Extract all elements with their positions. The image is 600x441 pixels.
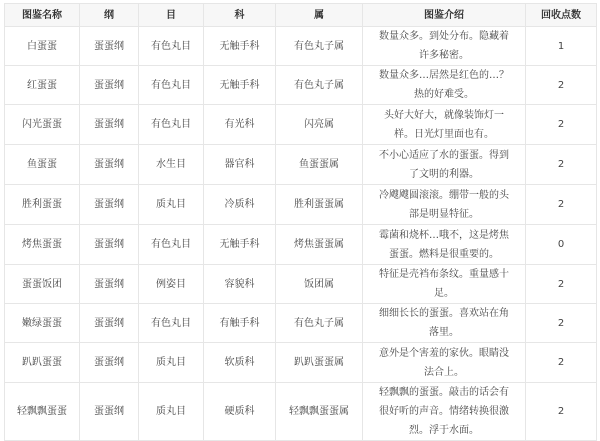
- cell-intro: 不小心适应了水的蛋蛋。得到了文明的利器。: [363, 145, 526, 185]
- cell-intro: 霉菌和烧杯…哦不，这是烤焦蛋蛋。燃料是很重要的。: [363, 225, 526, 265]
- cell-family: 有光科: [204, 105, 276, 145]
- table-header-row: 图鉴名称 纲 目 科 属 图鉴介绍 回收点数: [5, 4, 597, 27]
- cell-order: 水生目: [139, 145, 204, 185]
- cell-order: 有色丸目: [139, 105, 204, 145]
- cell-class: 蛋蛋纲: [80, 265, 139, 304]
- cell-name: 嫩绿蛋蛋: [5, 304, 80, 343]
- cell-class: 蛋蛋纲: [80, 105, 139, 145]
- cell-points: 0: [526, 225, 597, 265]
- header-name: 图鉴名称: [5, 4, 80, 27]
- table-row: 白蛋蛋 蛋蛋纲 有色丸目 无触手科 有色丸子属 数量众多。到处分布。隐藏着许多秘…: [5, 27, 597, 66]
- cell-genus: 烤焦蛋蛋属: [276, 225, 363, 265]
- cell-intro: 数量众多…居然是红色的…？热的好难受。: [363, 66, 526, 105]
- cell-intro: 头好大好大，就像装饰灯一样。日光灯里面也有。: [363, 105, 526, 145]
- cell-family: 器官科: [204, 145, 276, 185]
- cell-genus: 饭团属: [276, 265, 363, 304]
- cell-points: 2: [526, 304, 597, 343]
- cell-genus: 鱼蛋蛋属: [276, 145, 363, 185]
- table-row: 鱼蛋蛋 蛋蛋纲 水生目 器官科 鱼蛋蛋属 不小心适应了水的蛋蛋。得到了文明的利器…: [5, 145, 597, 185]
- cell-points: 2: [526, 66, 597, 105]
- cell-genus: 闪亮属: [276, 105, 363, 145]
- table-row: 烤焦蛋蛋 蛋蛋纲 有色丸目 无触手科 烤焦蛋蛋属 霉菌和烧杯…哦不，这是烤焦蛋蛋…: [5, 225, 597, 265]
- cell-family: 硬质科: [204, 383, 276, 409]
- cell-points: 2: [526, 265, 597, 304]
- cell-name: 胜利蛋蛋: [5, 185, 80, 225]
- cell-order: 有色丸目: [139, 27, 204, 66]
- cell-genus: 胜利蛋蛋属: [276, 185, 363, 225]
- cell-intro: 特征是壳裆布条纹。重量感十足。: [363, 265, 526, 304]
- cell-order: 质丸目: [139, 185, 204, 225]
- cell-genus: 有色丸子属: [276, 66, 363, 105]
- cell-name: 白蛋蛋: [5, 27, 80, 66]
- cell-name: 烤焦蛋蛋: [5, 225, 80, 265]
- cell-name: 轻飘飘蛋蛋: [5, 383, 80, 409]
- cell-points: 2: [526, 185, 597, 225]
- egg-catalog-table: 图鉴名称 纲 目 科 属 图鉴介绍 回收点数 白蛋蛋 蛋蛋纲 有色丸目 无触手科…: [4, 3, 597, 408]
- table-row: 胜利蛋蛋 蛋蛋纲 质丸目 冷质科 胜利蛋蛋属 冷飕飕圆滚滚。绷带一般的头部是明显…: [5, 185, 597, 225]
- cell-name: 红蛋蛋: [5, 66, 80, 105]
- cell-family: 无触手科: [204, 225, 276, 265]
- table-row: 红蛋蛋 蛋蛋纲 有色丸目 无触手科 有色丸子属 数量众多…居然是红色的…？热的好…: [5, 66, 597, 105]
- cell-family: 无触手科: [204, 27, 276, 66]
- cell-order: 有色丸目: [139, 66, 204, 105]
- cell-family: 容貌科: [204, 265, 276, 304]
- table-row: 趴趴蛋蛋 蛋蛋纲 质丸目 软质科 趴趴蛋蛋属 意外是个害羞的家伙。眼睛没法合上。…: [5, 343, 597, 383]
- table-container: 图鉴名称 纲 目 科 属 图鉴介绍 回收点数 白蛋蛋 蛋蛋纲 有色丸目 无触手科…: [4, 3, 597, 408]
- cell-intro: 细细长长的蛋蛋。喜欢站在角落里。: [363, 304, 526, 343]
- cell-family: 有触手科: [204, 304, 276, 343]
- header-points: 回收点数: [526, 4, 597, 27]
- cell-family: 软质科: [204, 343, 276, 383]
- cell-order: 有色丸目: [139, 225, 204, 265]
- header-family: 科: [204, 4, 276, 27]
- table-row: 闪光蛋蛋 蛋蛋纲 有色丸目 有光科 闪亮属 头好大好大，就像装饰灯一样。日光灯里…: [5, 105, 597, 145]
- cell-class: 蛋蛋纲: [80, 145, 139, 185]
- cell-class: 蛋蛋纲: [80, 225, 139, 265]
- cell-name: 鱼蛋蛋: [5, 145, 80, 185]
- cell-class: 蛋蛋纲: [80, 343, 139, 383]
- cell-family: 冷质科: [204, 185, 276, 225]
- cell-class: 蛋蛋纲: [80, 185, 139, 225]
- table-row: 蛋蛋饭团 蛋蛋纲 例姿目 容貌科 饭团属 特征是壳裆布条纹。重量感十足。 2: [5, 265, 597, 304]
- cell-points: 1: [526, 27, 597, 66]
- cell-genus: 有色丸子属: [276, 27, 363, 66]
- table-row: 轻飘飘蛋蛋 蛋蛋纲 质丸目 硬质科 轻飘飘蛋蛋属 轻飘飘的蛋蛋。敲击的话会有很好…: [5, 383, 597, 409]
- cell-name: 趴趴蛋蛋: [5, 343, 80, 383]
- cell-name: 蛋蛋饭团: [5, 265, 80, 304]
- table-row: 嫩绿蛋蛋 蛋蛋纲 有色丸目 有触手科 有色丸子属 细细长长的蛋蛋。喜欢站在角落里…: [5, 304, 597, 343]
- cell-family: 无触手科: [204, 66, 276, 105]
- cell-points: 2: [526, 105, 597, 145]
- header-class: 纲: [80, 4, 139, 27]
- cell-class: 蛋蛋纲: [80, 304, 139, 343]
- cell-genus: 有色丸子属: [276, 304, 363, 343]
- cell-order: 质丸目: [139, 343, 204, 383]
- cell-points: 2: [526, 343, 597, 383]
- cell-order: 有色丸目: [139, 304, 204, 343]
- cell-class: 蛋蛋纲: [80, 27, 139, 66]
- header-genus: 属: [276, 4, 363, 27]
- cell-genus: 趴趴蛋蛋属: [276, 343, 363, 383]
- cell-class: 蛋蛋纲: [80, 66, 139, 105]
- cell-intro: 轻飘飘的蛋蛋。敲击的话会有很好听的声音。情绪转换很激烈。浮于水面。: [363, 383, 526, 409]
- cell-order: 质丸目: [139, 383, 204, 409]
- cell-class: 蛋蛋纲: [80, 383, 139, 409]
- cell-points: 2: [526, 383, 597, 409]
- cell-intro: 意外是个害羞的家伙。眼睛没法合上。: [363, 343, 526, 383]
- cell-order: 例姿目: [139, 265, 204, 304]
- cell-intro: 数量众多。到处分布。隐藏着许多秘密。: [363, 27, 526, 66]
- cell-points: 2: [526, 145, 597, 185]
- header-intro: 图鉴介绍: [363, 4, 526, 27]
- header-order: 目: [139, 4, 204, 27]
- cell-name: 闪光蛋蛋: [5, 105, 80, 145]
- cell-genus: 轻飘飘蛋蛋属: [276, 383, 363, 409]
- cell-intro: 冷飕飕圆滚滚。绷带一般的头部是明显特征。: [363, 185, 526, 225]
